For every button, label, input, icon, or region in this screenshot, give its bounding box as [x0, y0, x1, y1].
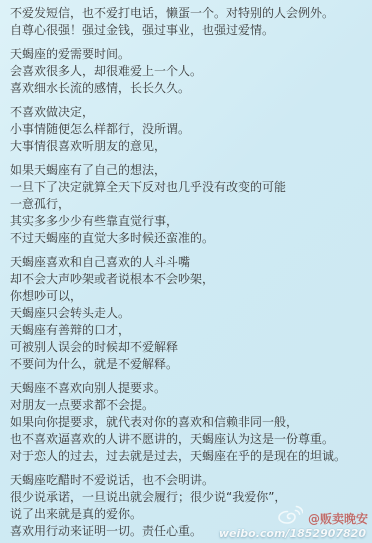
- paragraph: 天蝎座的爱需要时间。会喜欢很多人，却很难爱上一个人。喜欢细水长流的感情，长长久久…: [10, 46, 368, 97]
- text-line: 小事情随便怎么样都行，没所谓。: [10, 121, 368, 138]
- watermark-username: @贩卖晚安: [308, 513, 368, 525]
- paragraph: 如果天蝎座有了自己的想法，一旦下了决定就算全天下反对也几乎没有改变的可能一意孤行…: [10, 162, 368, 247]
- scorpio-text-image: 不爱发短信，也不爱打电话，懒蛋一个。对特别的人会例外。自尊心很强！强过金钱，强过…: [0, 0, 372, 543]
- text-line: 会喜欢很多人，却很难爱上一个人。: [10, 63, 368, 80]
- text-line: 天蝎座不喜欢向别人提要求。: [10, 380, 368, 397]
- text-line: 不喜欢做决定，: [10, 104, 368, 121]
- text-line: 对朋友一点要求都不会提。: [10, 397, 368, 414]
- text-line: 不过天蝎座的直觉大多时候还蛮准的。: [10, 230, 368, 247]
- paragraph: 不爱发短信，也不爱打电话，懒蛋一个。对特别的人会例外。自尊心很强！强过金钱，强过…: [10, 5, 368, 39]
- text-line: 可被别人误会的时候却不爱解释: [10, 339, 368, 356]
- paragraph: 不喜欢做决定，小事情随便怎么样都行，没所谓。大事情很喜欢听朋友的意见，: [10, 104, 368, 155]
- paragraph: 天蝎座喜欢和自己喜欢的人斗斗嘴却不会大声吵架或者说根本不会吵架，你想吵可以，天蝎…: [10, 254, 368, 373]
- text-line: 喜欢细水长流的感情，长长久久。: [10, 80, 368, 97]
- text-line: 很少说承诺，一旦说出就会履行；很少说“我爱你”，: [10, 489, 368, 506]
- text-line: 天蝎座有善辩的口才，: [10, 322, 368, 339]
- text-line: 如果天蝎座有了自己的想法，: [10, 162, 368, 179]
- text-line: 天蝎座的爱需要时间。: [10, 46, 368, 63]
- watermark-top-row: @贩卖晚安: [219, 505, 368, 525]
- text-line: 其实多多少少有些靠直觉行事，: [10, 213, 368, 230]
- text-line: 天蝎座喜欢和自己喜欢的人斗斗嘴: [10, 254, 368, 271]
- text-line: 天蝎座吃醋时不爱说话，也不会明讲。: [10, 472, 368, 489]
- paragraph: 天蝎座不喜欢向别人提要求。对朋友一点要求都不会提。如果向你提要求，就代表对你的喜…: [10, 380, 368, 465]
- text-line: 一意孤行，: [10, 196, 368, 213]
- text-line: 如果向你提要求，就代表对你的喜欢和信赖非同一般，: [10, 414, 368, 431]
- text-line: 自尊心很强！强过金钱，强过事业，也强过爱情。: [10, 22, 368, 39]
- text-line: 一旦下了决定就算全天下反对也几乎没有改变的可能: [10, 179, 368, 196]
- weibo-watermark: @贩卖晚安 weibo.com/1852907820: [219, 505, 368, 539]
- text-line: 天蝎座只会转头走人。: [10, 305, 368, 322]
- watermark-url: weibo.com/1852907820: [219, 528, 368, 539]
- text-line: 也不喜欢逼喜欢的人讲不愿讲的，天蝎座认为这是一份尊重。: [10, 431, 368, 448]
- text-line: 不爱发短信，也不爱打电话，懒蛋一个。对特别的人会例外。: [10, 5, 368, 22]
- text-body: 不爱发短信，也不爱打电话，懒蛋一个。对特别的人会例外。自尊心很强！强过金钱，强过…: [10, 5, 368, 543]
- text-line: 不要问为什么，就是不爱解释。: [10, 356, 368, 373]
- weibo-eye-icon: [277, 505, 303, 525]
- text-line: 你想吵可以，: [10, 288, 368, 305]
- text-line: 却不会大声吵架或者说根本不会吵架，: [10, 271, 368, 288]
- text-line: 大事情很喜欢听朋友的意见，: [10, 138, 368, 155]
- text-line: 对于恋人的过去，过去就是过去，天蝎座在乎的是现在的坦诚。: [10, 448, 368, 465]
